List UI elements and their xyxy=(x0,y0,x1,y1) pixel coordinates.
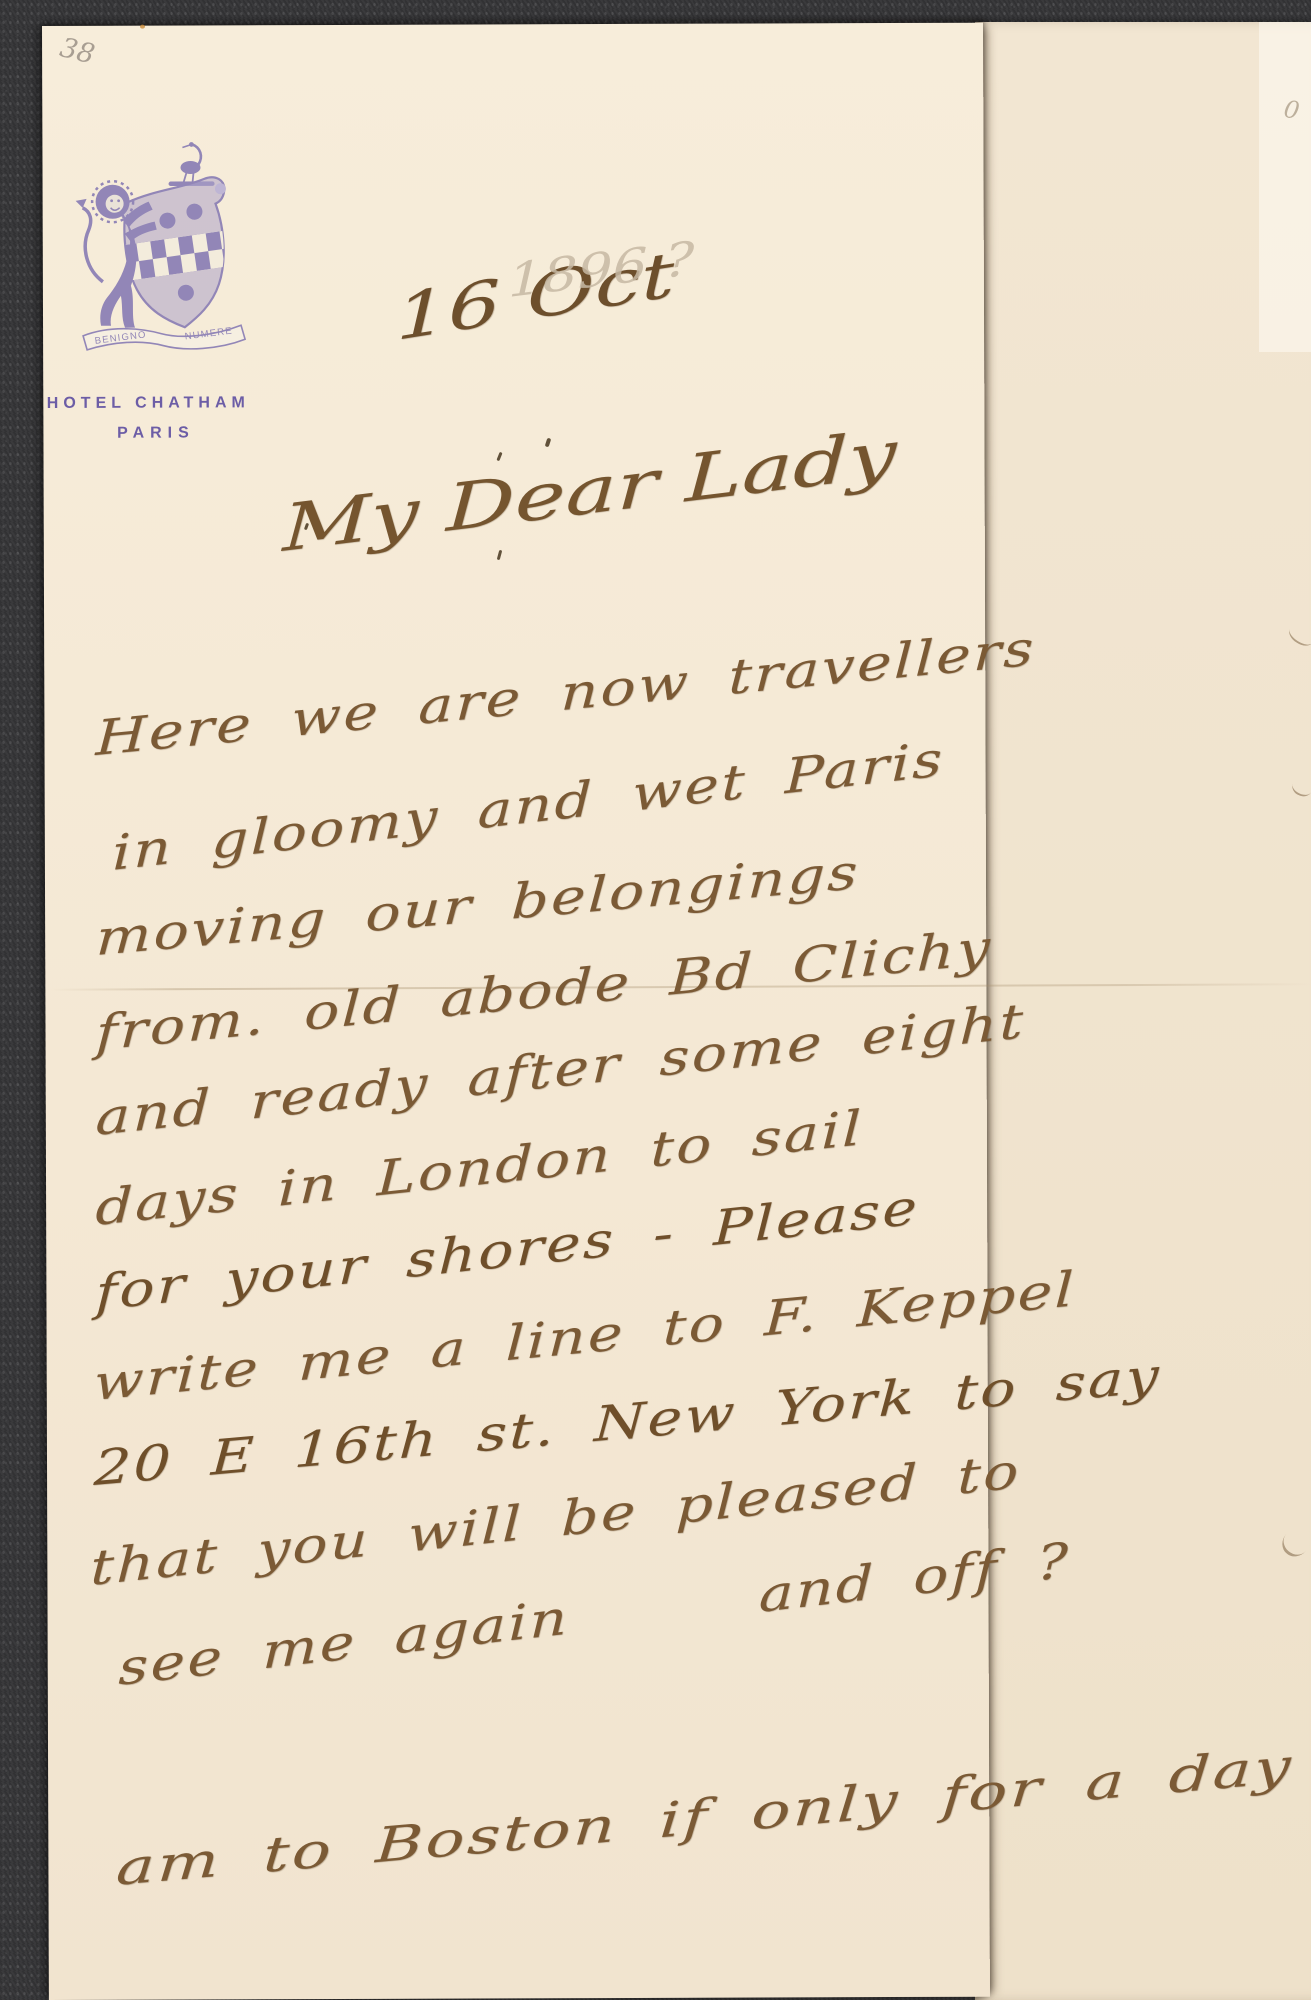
hotel-city: PARIS xyxy=(43,424,268,443)
crest-banner: BENIGNO NUMERE xyxy=(83,325,245,350)
hotel-name: HOTEL CHATHAM xyxy=(43,394,253,413)
page-number-pencil: 38 xyxy=(57,32,98,70)
hotel-crest-icon: BENIGNO NUMERE xyxy=(72,137,253,373)
page-edge-highlight xyxy=(1259,22,1311,352)
photo-of-letter: 0 38 xyxy=(0,0,1311,2000)
paper-speck xyxy=(140,25,145,29)
